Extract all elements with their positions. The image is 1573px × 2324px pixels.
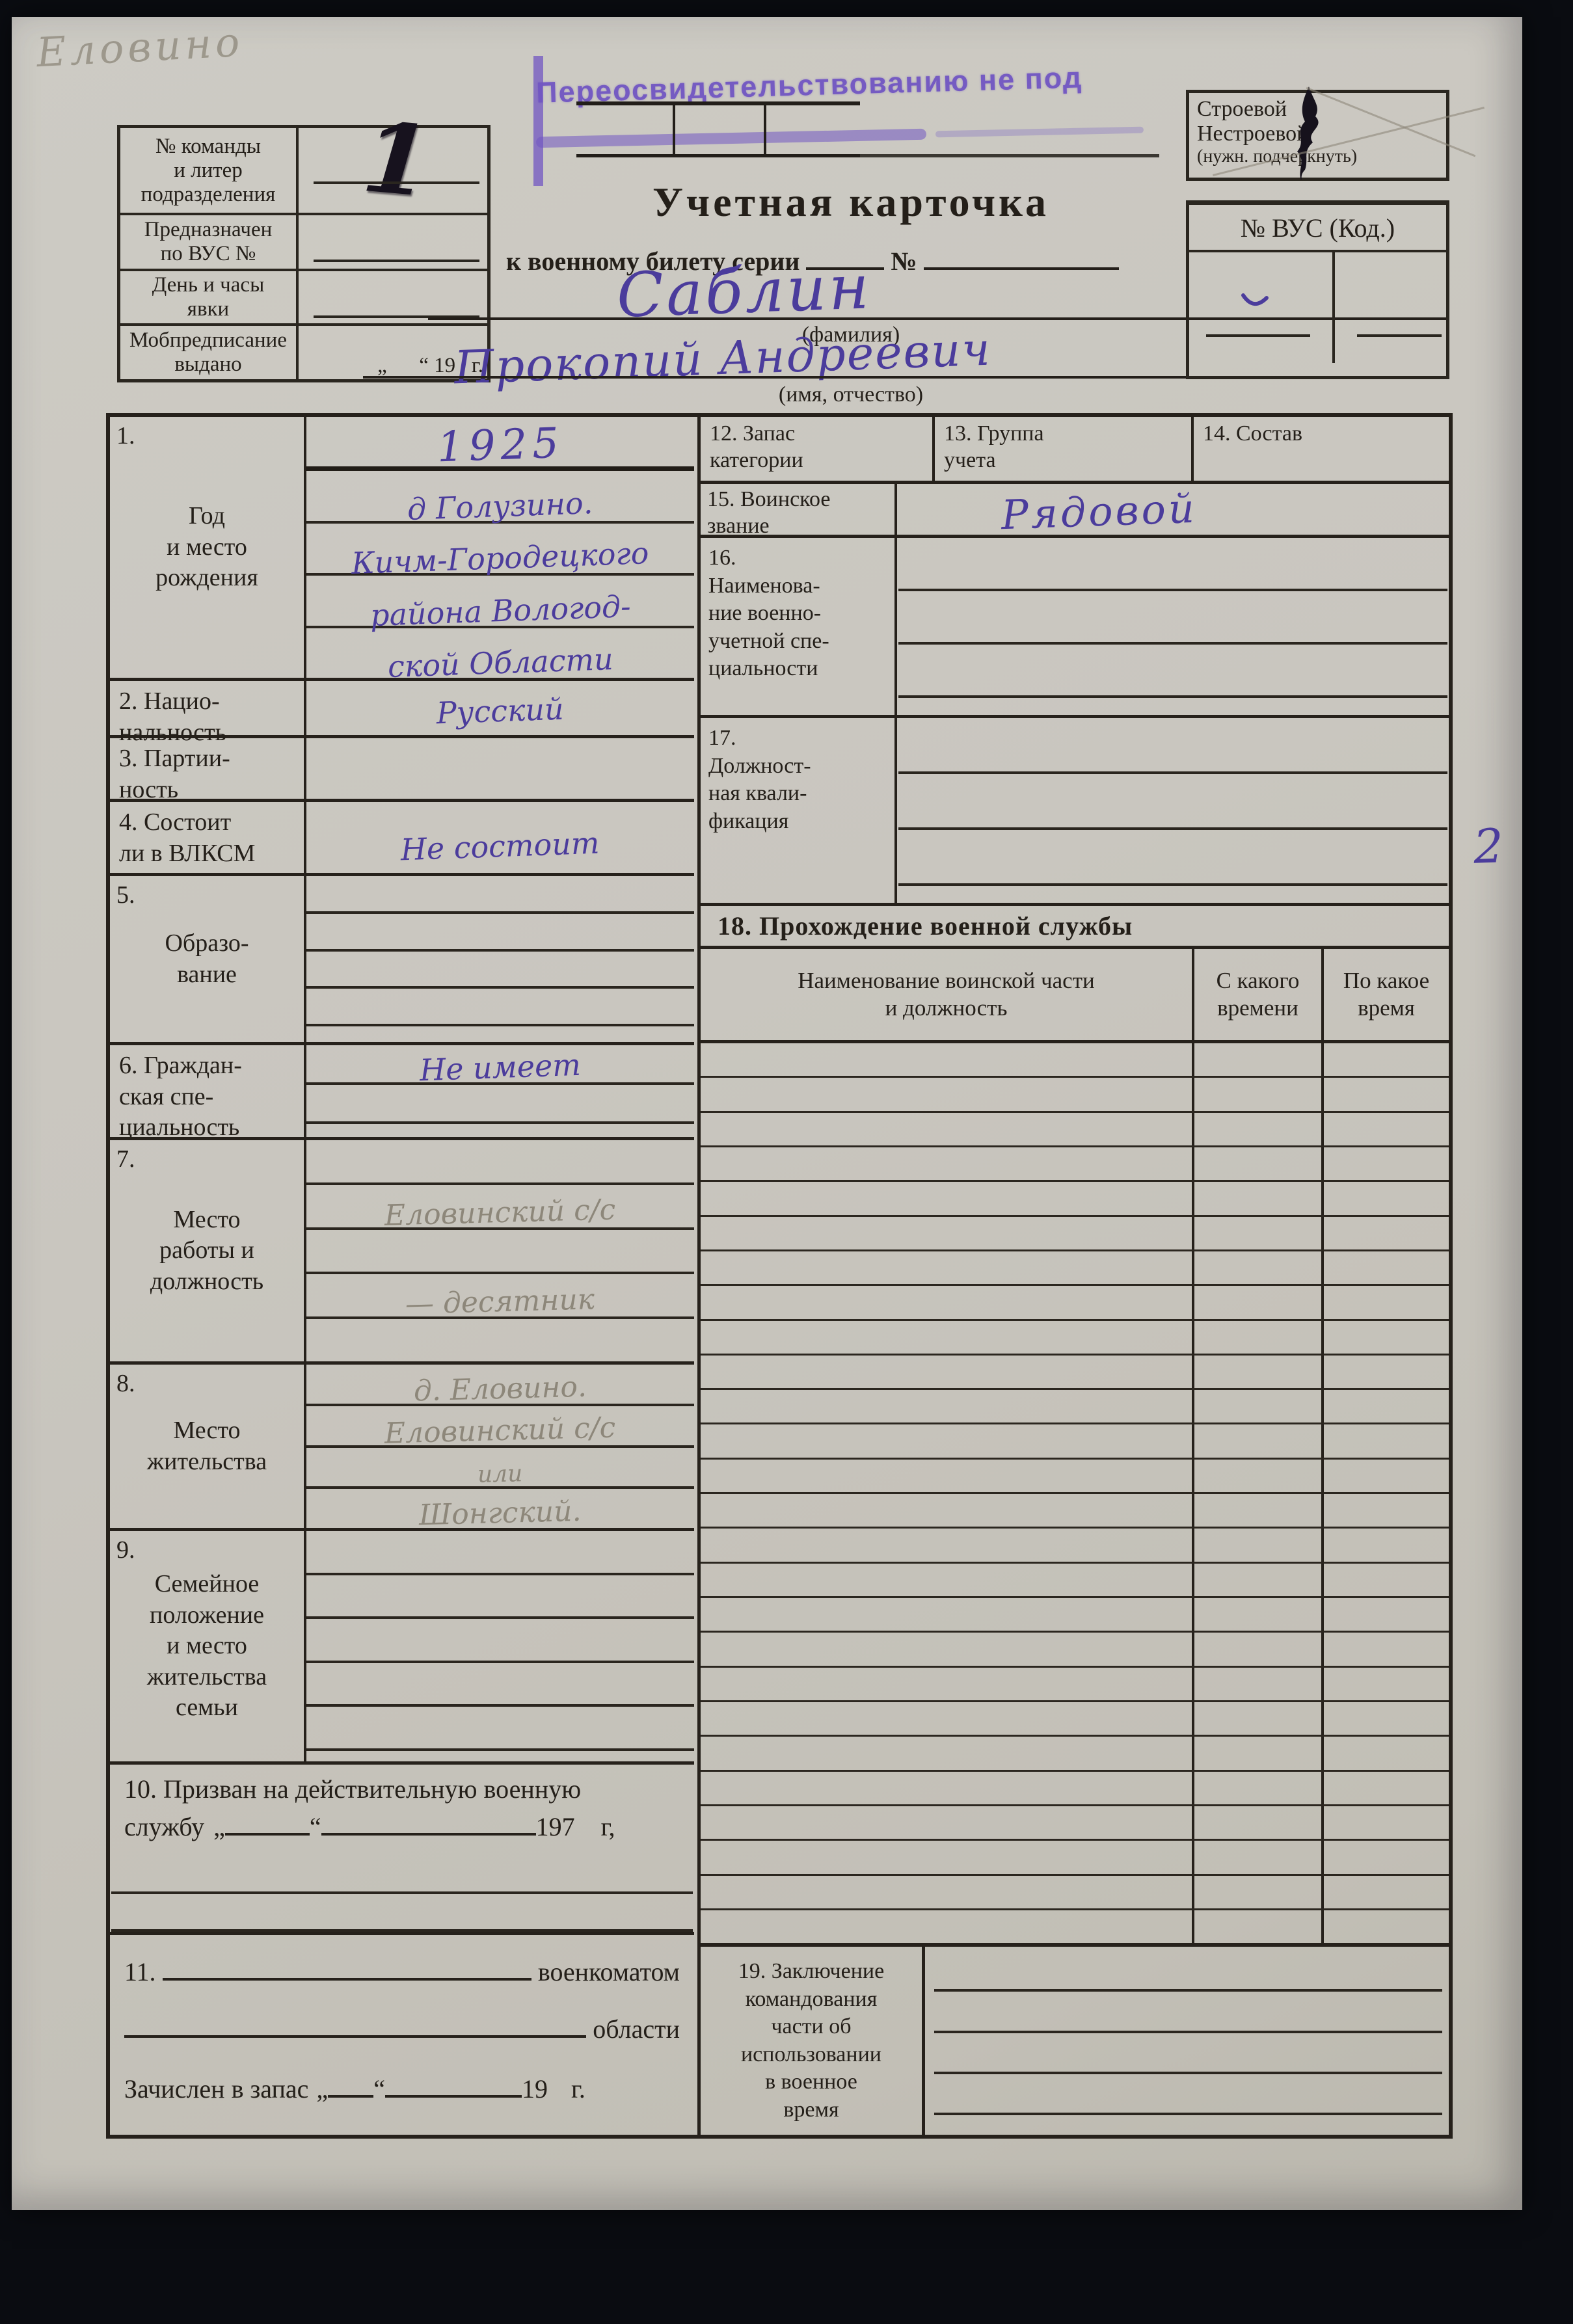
from-cell xyxy=(1194,1529,1324,1561)
unit-cell xyxy=(701,1668,1194,1700)
ruled-line: ской Области xyxy=(306,628,694,678)
year-suffix: г. xyxy=(571,2074,585,2104)
service-table-row xyxy=(701,1806,1449,1841)
field-value: Русский xyxy=(306,681,694,735)
vus-cells xyxy=(1189,252,1446,363)
service-table-row xyxy=(701,1251,1449,1286)
close-quote: “ xyxy=(310,1811,321,1842)
to-cell xyxy=(1324,1633,1449,1665)
from-cell xyxy=(1194,1668,1324,1700)
word-commissariat: военкоматом xyxy=(538,1957,680,1987)
unit-cell xyxy=(701,1910,1194,1943)
field-commissariat: 11. военкоматом области Зачислен в запас… xyxy=(110,1935,694,2135)
to-cell xyxy=(1324,1424,1449,1457)
reserve-label: Зачислен в запас xyxy=(124,2074,308,2104)
ink-blot xyxy=(1287,84,1332,181)
field-rank-label: 15. Воинское звание xyxy=(701,484,897,535)
ruled-line: Не имеет xyxy=(306,1045,694,1085)
service-table-row xyxy=(701,1286,1449,1320)
handwritten-civil-specialty: Не имеет xyxy=(419,1049,581,1085)
unit-cell xyxy=(701,1182,1194,1214)
field-label: 7.Место работы и должность xyxy=(110,1140,306,1361)
unit-cell xyxy=(701,1702,1194,1735)
field-label: 1.Год и место рождения xyxy=(110,417,306,678)
reserve-line: Зачислен в запас „ “ 19 г. xyxy=(124,2073,680,2104)
field-composition: 14. Состав xyxy=(1194,417,1449,481)
field-label: 6. Граждан- ская спе- циальность xyxy=(110,1045,306,1137)
unit-cell xyxy=(701,1633,1194,1665)
ruled-line: Кичм-Городецкого xyxy=(306,524,694,576)
from-cell xyxy=(1194,1043,1324,1076)
field-value: д. Еловино. Еловинский с/с или Шонгский. xyxy=(306,1365,694,1528)
to-cell xyxy=(1324,1182,1449,1214)
to-cell xyxy=(1324,1460,1449,1492)
to-cell xyxy=(1324,1043,1449,1076)
unit-cell xyxy=(701,1494,1194,1527)
ruled-line xyxy=(934,1992,1442,2033)
unit-cell xyxy=(701,1043,1194,1076)
service-table-row xyxy=(701,1910,1449,1943)
unit-cell xyxy=(701,1424,1194,1457)
divider xyxy=(1332,252,1335,363)
close-quote: “ xyxy=(373,2074,385,2104)
service-table-row xyxy=(701,1113,1449,1147)
mob-row: № команды и литер подразделения 1 xyxy=(120,128,487,215)
field-number: 1. xyxy=(116,421,135,452)
ruled-line xyxy=(306,1140,694,1185)
ruled-line xyxy=(306,914,694,952)
handwritten-nationality: Русский xyxy=(436,694,565,738)
to-cell xyxy=(1324,1806,1449,1839)
field-party: 3. Партии- ность xyxy=(110,738,694,802)
ruled-line xyxy=(111,1894,693,1932)
service-table-row xyxy=(701,1078,1449,1112)
ruled-line xyxy=(306,1085,694,1125)
ruled-line: д Голузино. xyxy=(306,471,694,523)
from-cell xyxy=(1194,1251,1324,1284)
ruled-line xyxy=(306,989,694,1026)
field-number: 8. xyxy=(116,1369,135,1400)
to-cell xyxy=(1324,1251,1449,1284)
service-table-row xyxy=(701,1564,1449,1598)
unit-cell xyxy=(701,1564,1194,1596)
ruled-line xyxy=(306,1619,694,1663)
service-table-row xyxy=(701,1424,1449,1459)
unit-cell xyxy=(701,1147,1194,1180)
service-table-row xyxy=(701,1772,1449,1806)
mob-row-value: 1 xyxy=(299,128,487,213)
field-label: 4. Состоит ли в ВЛКСМ xyxy=(110,802,306,873)
field-number: 5. xyxy=(116,880,135,911)
service-table-row xyxy=(701,1633,1449,1667)
ruled-line: или xyxy=(306,1448,694,1489)
field-label: 2. Нацио- нальность xyxy=(110,681,306,735)
field-family: 9.Семейное положение и место жительства … xyxy=(110,1531,694,1765)
to-cell xyxy=(1324,1078,1449,1110)
from-cell xyxy=(1194,1113,1324,1145)
service-table-row xyxy=(701,1668,1449,1702)
to-cell xyxy=(1324,1876,1449,1908)
ruled-line xyxy=(306,1230,694,1275)
mob-row: Мобпредписание выдано „ “ 19 г. xyxy=(120,326,487,379)
field-vus-name-label: 16. Наименова- ние военно- учетной спе- … xyxy=(701,538,897,715)
ruled-line xyxy=(898,718,1447,774)
row-17: 17. Должност- ная квали- фикация xyxy=(701,718,1449,906)
field-vlksm: 4. Состоит ли в ВЛКСМ Не состоит xyxy=(110,802,694,876)
service-table-row xyxy=(701,1356,1449,1390)
row-15: 15. Воинское звание Рядовой xyxy=(701,484,1449,538)
pencil-residence: или xyxy=(477,1462,523,1487)
service-table-row xyxy=(701,1147,1449,1182)
row-16: 16. Наименова- ние военно- учетной спе- … xyxy=(701,538,1449,718)
field-civil-specialty: 6. Граждан- ская спе- циальность Не имее… xyxy=(110,1045,694,1140)
ruled-line: Шонгский. xyxy=(306,1489,694,1528)
unit-cell xyxy=(701,1529,1194,1561)
field-label: 8.Место жительства xyxy=(110,1365,306,1528)
mob-row: Предназначен по ВУС № xyxy=(120,215,487,271)
field-vus-name-value xyxy=(897,538,1449,715)
pencil-workplace: Еловинский с/с xyxy=(384,1195,616,1230)
field-rank-value: Рядовой xyxy=(897,484,1449,535)
to-cell xyxy=(1324,1390,1449,1422)
card-body: 1.Год и место рождения 1925 д Голузино. … xyxy=(106,413,1453,2139)
field-number: 7. xyxy=(116,1144,135,1175)
field-label: 5.Образо- вание xyxy=(110,876,306,1042)
handwritten-birth-place: д Голузино. xyxy=(407,488,594,524)
service-table-row xyxy=(701,1321,1449,1356)
ruled-line xyxy=(934,1951,1442,1992)
from-cell xyxy=(1194,1424,1324,1457)
field-qualification-label: 17. Должност- ная квали- фикация xyxy=(701,718,897,903)
service-table-row xyxy=(701,1737,1449,1771)
from-cell xyxy=(1194,1737,1324,1769)
field-education: 5.Образо- вание xyxy=(110,876,694,1045)
from-cell xyxy=(1194,1356,1324,1388)
handwritten-birth-place: Кичм-Городецкого xyxy=(351,538,650,578)
pen-mark xyxy=(1240,291,1270,311)
day-blank xyxy=(328,2073,373,2098)
ruled-line xyxy=(898,830,1447,886)
service-table-row xyxy=(701,1598,1449,1633)
service-table-row xyxy=(701,1529,1449,1563)
blank xyxy=(163,1956,531,1981)
ruled-line xyxy=(898,774,1447,830)
to-cell xyxy=(1324,1147,1449,1180)
field-reserve-category: 12. Запас категории xyxy=(701,417,935,481)
pencil-residence: Шонгский. xyxy=(419,1497,582,1530)
from-cell xyxy=(1194,1876,1324,1908)
ruled-line xyxy=(934,2033,1442,2074)
ruled-line xyxy=(306,1575,694,1620)
ruled-line xyxy=(898,538,1447,591)
unit-cell xyxy=(701,1390,1194,1422)
field-label: 3. Партии- ность xyxy=(110,738,306,799)
unit-cell xyxy=(701,1841,1194,1873)
number-blank xyxy=(924,248,1119,270)
unit-cell xyxy=(701,1460,1194,1492)
from-cell xyxy=(1194,1806,1324,1839)
rule-line xyxy=(1206,334,1310,337)
conscription-text: 10. Призван на действительную военную xyxy=(110,1765,694,1804)
from-cell xyxy=(1194,1910,1324,1943)
service-table-row xyxy=(701,1182,1449,1216)
pencil-residence: д. Еловино. xyxy=(414,1372,587,1406)
col-to-date: По какое время xyxy=(1324,949,1449,1040)
ruled-line xyxy=(934,2074,1442,2115)
right-column: 12. Запас категории 13. Группа учета 14.… xyxy=(697,417,1449,2135)
stamp-smear-faint xyxy=(935,127,1144,138)
field-value: Не состоит xyxy=(306,802,694,873)
ruled-line: — десятник xyxy=(306,1274,694,1319)
service-table-row xyxy=(701,1702,1449,1737)
day-blank xyxy=(225,1811,310,1836)
to-cell xyxy=(1324,1910,1449,1943)
blank-lines xyxy=(110,1842,694,1932)
service-table-row xyxy=(701,1876,1449,1910)
from-cell xyxy=(1194,1390,1324,1422)
mob-row-label: Мобпредписание выдано xyxy=(120,326,299,379)
unit-cell xyxy=(701,1737,1194,1769)
from-cell xyxy=(1194,1702,1324,1735)
mob-row-label: День и часы явки xyxy=(120,271,299,323)
from-cell xyxy=(1194,1460,1324,1492)
row-12-13-14: 12. Запас категории 13. Группа учета 14.… xyxy=(701,417,1449,484)
unit-cell xyxy=(701,1113,1194,1145)
field-value: 1925 д Голузино. Кичм-Городецкого района… xyxy=(306,417,694,678)
from-cell xyxy=(1194,1633,1324,1665)
ruled-line xyxy=(306,1707,694,1751)
ruled-line: Еловинский с/с xyxy=(306,1185,694,1230)
mob-row-label: Предназначен по ВУС № xyxy=(120,215,299,269)
ruled-line xyxy=(306,952,694,989)
unit-cell xyxy=(701,1078,1194,1110)
number-sign: № xyxy=(891,247,917,276)
left-column: 1.Год и место рождения 1925 д Голузино. … xyxy=(110,417,694,2135)
to-cell xyxy=(1324,1356,1449,1388)
ruled-line: района Вологод- xyxy=(306,576,694,628)
from-cell xyxy=(1194,1494,1324,1527)
value-slot: Русский xyxy=(306,681,694,735)
year-prefix: 197 xyxy=(536,1811,575,1842)
service-table-row xyxy=(701,1043,1449,1078)
unit-cell xyxy=(701,1286,1194,1318)
handwritten-birth-place: района Вологод- xyxy=(370,591,631,630)
field-conclusion-value xyxy=(925,1947,1449,2135)
to-cell xyxy=(1324,1217,1449,1249)
rule-line xyxy=(314,260,479,262)
ruled-line: Еловинский с/с xyxy=(306,1406,694,1448)
field-label: 9.Семейное положение и место жительства … xyxy=(110,1531,306,1761)
pencil-position: — десятник xyxy=(405,1285,595,1319)
ruled-line xyxy=(306,1663,694,1707)
service-table-row xyxy=(701,1217,1449,1251)
field-number: 9. xyxy=(116,1535,135,1566)
handwritten-command-number: 1 xyxy=(358,109,433,210)
ruled-line xyxy=(898,591,1447,645)
header-grid-strip xyxy=(576,101,860,157)
ruled-line xyxy=(306,876,694,914)
mobilization-box: № команды и литер подразделения 1 Предна… xyxy=(117,125,491,382)
unit-cell xyxy=(701,1251,1194,1284)
year-prefix: 19 xyxy=(522,2074,548,2104)
word-service: службу xyxy=(124,1811,204,1842)
month-blank xyxy=(385,2073,522,2098)
from-cell xyxy=(1194,1286,1324,1318)
to-cell xyxy=(1324,1321,1449,1354)
open-quote: „ xyxy=(213,1811,225,1842)
pencil-annotation: Еловино xyxy=(35,18,245,77)
open-quote: „ xyxy=(316,2074,328,2104)
divider xyxy=(673,105,675,154)
ruled-line xyxy=(306,1319,694,1361)
combatant-box: Строевой Нестроевой (нужн. подчеркнуть) xyxy=(1186,90,1449,181)
from-cell xyxy=(1194,1564,1324,1596)
month-blank xyxy=(321,1811,536,1836)
unit-cell xyxy=(701,1772,1194,1804)
card-paper: Еловино № команды и литер подразделения … xyxy=(12,17,1522,2210)
service-table-header: Наименование воинской части и должность … xyxy=(701,949,1449,1043)
field-number: 11. xyxy=(124,1957,156,1987)
field-value xyxy=(306,876,694,1042)
to-cell xyxy=(1324,1737,1449,1769)
to-cell xyxy=(1324,1841,1449,1873)
vus-title: № ВУС (Код.) xyxy=(1189,205,1446,243)
unit-cell xyxy=(701,1217,1194,1249)
word-oblast: области xyxy=(593,2014,680,2044)
field-value xyxy=(306,738,694,799)
unit-cell xyxy=(701,1806,1194,1839)
field-workplace: 7.Место работы и должность Еловинский с/… xyxy=(110,1140,694,1365)
rule-line xyxy=(860,154,1159,157)
to-cell xyxy=(1324,1772,1449,1804)
from-cell xyxy=(1194,1598,1324,1631)
handwritten-vlksm: Не состоит xyxy=(400,828,600,877)
from-cell xyxy=(1194,1772,1324,1804)
field-value: Еловинский с/с — десятник xyxy=(306,1140,694,1361)
from-cell xyxy=(1194,1147,1324,1180)
from-cell xyxy=(1194,1321,1324,1354)
field-conscription: 10. Призван на действительную военную сл… xyxy=(110,1765,694,1935)
field-conclusion-label: 19. Заключение командования части об исп… xyxy=(701,1947,925,2135)
year-suffix: г, xyxy=(601,1811,615,1842)
mob-row-label: № команды и литер подразделения xyxy=(120,128,299,213)
service-table-row xyxy=(701,1460,1449,1494)
from-cell xyxy=(1194,1078,1324,1110)
service-table-row xyxy=(701,1494,1449,1529)
col-from-date: С какого времени xyxy=(1194,949,1324,1040)
to-cell xyxy=(1324,1668,1449,1700)
service-table-row xyxy=(701,1390,1449,1424)
field-birth: 1.Год и место рождения 1925 д Голузино. … xyxy=(110,417,694,681)
col-unit-position: Наименование воинской части и должность xyxy=(701,949,1194,1040)
from-cell xyxy=(1194,1841,1324,1873)
to-cell xyxy=(1324,1702,1449,1735)
unit-cell xyxy=(701,1876,1194,1908)
service-history-title: 18. Прохождение военной службы xyxy=(701,906,1449,949)
field-qualification-value xyxy=(897,718,1449,903)
ruled-line xyxy=(111,1858,693,1894)
field-nationality: 2. Нацио- нальность Русский xyxy=(110,681,694,738)
scanned-military-registration-card: { "colors":{"backdrop":"#0a0c11","paper"… xyxy=(0,0,1573,2324)
ruled-line: 1925 xyxy=(306,417,694,471)
oblast-line: области xyxy=(124,2013,680,2044)
rule-line xyxy=(1357,334,1442,337)
to-cell xyxy=(1324,1598,1449,1631)
divider xyxy=(764,105,766,154)
to-cell xyxy=(1324,1113,1449,1145)
field-value xyxy=(306,1531,694,1761)
blank xyxy=(124,2013,586,2038)
ruled-line xyxy=(306,1531,694,1575)
from-cell xyxy=(1194,1217,1324,1249)
handwritten-category: 2 xyxy=(1473,818,1505,874)
to-cell xyxy=(1324,1529,1449,1561)
name-caption: (имя, отчество) xyxy=(487,382,1215,407)
mob-row-value xyxy=(299,215,487,269)
to-cell xyxy=(1324,1494,1449,1527)
commissariat-line: 11. военкоматом xyxy=(124,1956,680,1987)
handwritten-birth-place: ской Области xyxy=(387,644,613,682)
unit-cell xyxy=(701,1598,1194,1631)
conscription-date-line: службу „ “ 197 г, xyxy=(110,1811,694,1842)
unit-cell xyxy=(701,1356,1194,1388)
card-title: Учетная карточка xyxy=(487,178,1215,226)
rule-line xyxy=(314,181,479,184)
unit-cell xyxy=(701,1321,1194,1354)
field-residence: 8.Место жительства д. Еловино. Еловински… xyxy=(110,1365,694,1531)
row-19: 19. Заключение командования части об исп… xyxy=(701,1943,1449,2135)
service-table-row xyxy=(701,1841,1449,1875)
to-cell xyxy=(1324,1564,1449,1596)
service-table-body xyxy=(701,1043,1449,1943)
field-account-group: 13. Группа учета xyxy=(935,417,1194,481)
handwritten-birth-year: 1925 xyxy=(437,423,565,469)
field-value: Не имеет xyxy=(306,1045,694,1137)
mob-row-value xyxy=(299,271,487,323)
to-cell xyxy=(1324,1286,1449,1318)
handwritten-rank: Рядовой xyxy=(1001,485,1198,539)
from-cell xyxy=(1194,1182,1324,1214)
ruled-line: д. Еловино. xyxy=(306,1365,694,1406)
ruled-line xyxy=(898,645,1447,698)
value-slot: Не состоит xyxy=(306,802,694,873)
vus-code-box: № ВУС (Код.) xyxy=(1186,200,1449,379)
pencil-residence: Еловинский с/с xyxy=(384,1413,616,1448)
